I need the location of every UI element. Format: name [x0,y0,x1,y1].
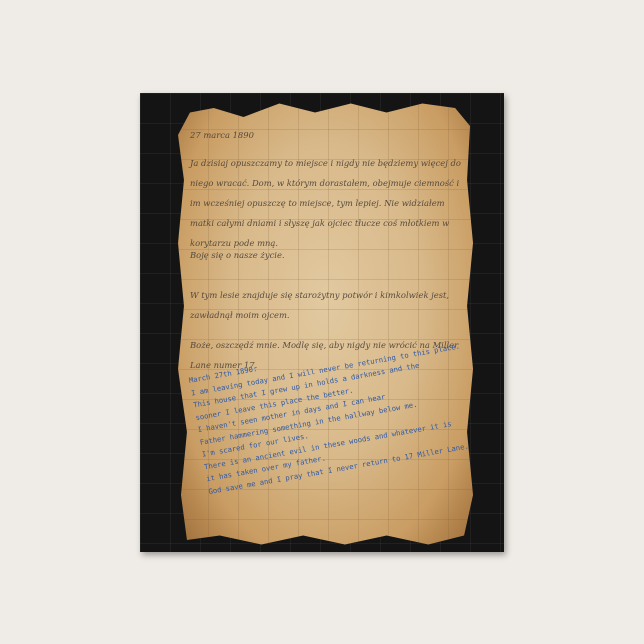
polish-paragraph-3: W tym lesie znajduje się starożytny potw… [190,285,470,325]
parchment-letter: 27 marca 1890 Ja dzisiaj opuszczamy to m… [178,99,476,549]
jigsaw-puzzle: 27 marca 1890 Ja dzisiaj opuszczamy to m… [140,93,504,552]
polish-paragraph-1: Ja dzisiaj opuszczamy to miejsce i nigdy… [190,153,470,253]
polish-date: 27 marca 1890 [190,125,470,145]
polish-paragraph-2: Boję się o nasze życie. [190,245,470,265]
